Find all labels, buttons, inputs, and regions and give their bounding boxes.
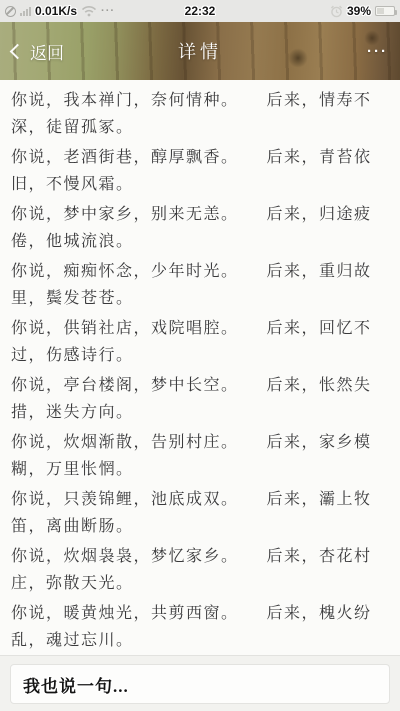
alarm-icon: [330, 5, 343, 18]
you-said-text: 你说，亭台楼阁，梦中长空。: [11, 377, 239, 394]
network-speed: 0.01K/s: [35, 4, 77, 18]
status-more-icon: ···: [101, 5, 115, 17]
poem-stanza: 你说，亭台楼阁，梦中长空。后来，怅然失措，迷失方向。: [11, 373, 389, 426]
battery-icon: [375, 6, 395, 16]
poem-stanza: 你说，梦中家乡，别来无恙。后来，归途疲倦，他城流浪。: [11, 202, 389, 255]
status-bar: 0.01K/s ··· 22:32 39%: [0, 0, 400, 22]
poem-stanza: 你说，老酒街巷，醇厚飘香。后来，青苔依旧，不慢风霜。: [11, 145, 389, 198]
back-chevron-icon: [10, 43, 26, 59]
you-said-text: 你说，炊烟渐散，告别村庄。: [11, 434, 239, 451]
poem-stanza: 你说，炊烟渐散，告别村庄。后来，家乡模糊，万里怅惘。: [11, 430, 389, 483]
status-right-group: 39%: [330, 4, 395, 18]
you-said-text: 你说，我本禅门，奈何情种。: [11, 92, 239, 109]
poem-stanza: 你说，痴痴怀念，少年时光。后来，重归故里，鬓发苍苍。: [11, 259, 389, 312]
poem-stanza: 你说，我本禅门，奈何情种。后来，情寿不深，徒留孤冢。: [11, 88, 389, 141]
signal-strength-icon: [20, 6, 31, 16]
status-left-group: 0.01K/s ···: [5, 4, 115, 18]
you-said-text: 你说，梦中家乡，别来无恙。: [11, 206, 239, 223]
back-label: 返回: [30, 39, 64, 64]
do-not-disturb-icon: [5, 6, 16, 17]
poem-stanza: 你说，暖黄烛光，共剪西窗。后来，槐火纷乱，魂过忘川。: [11, 601, 389, 654]
poem-stanza: 你说，只羡锦鲤，池底成双。后来，灞上牧笛，离曲断肠。: [11, 487, 389, 540]
you-said-text: 你说，炊烟袅袅，梦忆家乡。: [11, 548, 239, 565]
nav-bar: 返回 详情 ···: [0, 22, 400, 80]
comment-placeholder: 我也说一句...: [23, 672, 129, 697]
you-said-text: 你说，痴痴怀念，少年时光。: [11, 263, 239, 280]
comment-input[interactable]: 我也说一句...: [10, 664, 390, 704]
wifi-icon: [81, 5, 97, 17]
poem-stanza: 你说，炊烟袅袅，梦忆家乡。后来，杏花村庄，弥散天光。: [11, 544, 389, 597]
back-button[interactable]: 返回: [0, 31, 70, 72]
you-said-text: 你说，只羡锦鲤，池底成双。: [11, 491, 239, 508]
poem-stanza: 你说，供销社店，戏院唱腔。后来，回忆不过，伤感诗行。: [11, 316, 389, 369]
you-said-text: 你说，老酒街巷，醇厚飘香。: [11, 149, 239, 166]
comment-bar: 我也说一句...: [0, 655, 400, 711]
you-said-text: 你说，供销社店，戏院唱腔。: [11, 320, 239, 337]
battery-percent: 39%: [347, 4, 371, 18]
more-button[interactable]: ···: [355, 35, 400, 68]
poem-content: 你说，我本禅门，奈何情种。后来，情寿不深，徒留孤冢。 你说，老酒街巷，醇厚飘香。…: [0, 80, 400, 655]
clock: 22:32: [185, 4, 216, 18]
app-screen: 0.01K/s ··· 22:32 39% 返回 详情: [0, 0, 400, 711]
you-said-text: 你说，暖黄烛光，共剪西窗。: [11, 605, 239, 622]
